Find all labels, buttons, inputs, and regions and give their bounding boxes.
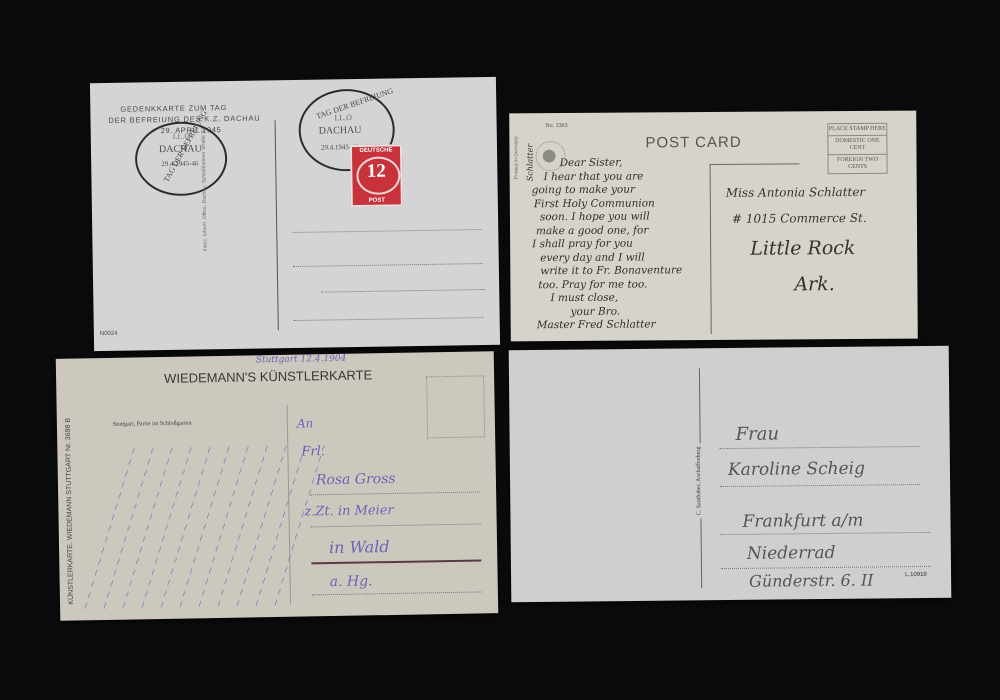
address-line-rule [311, 523, 481, 527]
stamp-box-line: FOREIGN TWO CENTS [829, 155, 887, 173]
message-line: Dear Sister, [560, 157, 623, 169]
postcard-american-post-card: No. 3363 Printed in Germany POST CARD PL… [509, 111, 918, 342]
message-line: your Bro. [571, 305, 621, 317]
address-line [293, 263, 483, 267]
message-line: going to make your [532, 184, 635, 197]
stamp-placeholder [426, 375, 485, 438]
address-line: # 1015 Commerce St. [732, 211, 867, 226]
address-line-rule [312, 591, 482, 595]
address-line: z.Zt. in Meier [304, 503, 393, 520]
handwritten-message: Dear Sister,I hear that you aregoing to … [509, 111, 916, 114]
message-line: First Holy Communion [534, 197, 655, 210]
address-line: Miss Antonia Schlatter [726, 185, 865, 200]
postmark-line: DACHAU [319, 125, 362, 137]
message-line: every day and I will [540, 251, 645, 264]
postmark-arc: TAG DER BEFREIUNG [315, 86, 394, 121]
card-title: WIEDEMANN'S KÜNSTLERKARTE [164, 367, 372, 386]
postmark-line: I.L.O [334, 113, 351, 122]
postage-stamp: DEUTSCHE 12 POST [350, 144, 403, 207]
margin-note: Schlatter [525, 144, 534, 181]
address-line: a. Hg. [330, 573, 373, 590]
stamp-box-line: DOMESTIC ONE CENT [828, 136, 886, 155]
stamp-box-line: PLACE STAMP HERE [828, 124, 886, 136]
address-line: in Wald [329, 537, 390, 557]
divider-line [710, 164, 712, 334]
post-card-title: POST CARD [645, 134, 741, 152]
postcard-dachau-commemorative: GEDENKKARTE ZUM TAG DER BEFREIUNG DES K.… [90, 77, 500, 351]
catalog-number: No. 3363 [545, 123, 567, 129]
postmark-left: TAG DER BEFREIUNG I.L.O DACHAU 29.4.1945… [135, 121, 228, 196]
postmark-date: 29.4.1945-46 [161, 160, 198, 169]
address-line-rule [720, 446, 920, 449]
message-line: soon. I hope you will [540, 210, 650, 223]
address-line: Frl. [301, 444, 325, 459]
postmark-line: I.L.O [173, 132, 190, 141]
message-line: I hear that you are [544, 170, 644, 183]
address-line-rule [721, 566, 931, 569]
address-line: Frankfurt a/m [742, 511, 863, 532]
message-line: make a good one, for [536, 224, 648, 237]
address-line: Karoline Scheig [728, 459, 865, 480]
address-line [292, 229, 482, 233]
address-line: An [297, 416, 314, 430]
stamp-value: 12 [352, 160, 400, 183]
message-line: I must close, [550, 292, 618, 304]
address-line: Günderstr. 6. II [749, 571, 874, 591]
message-line: Master Fred Schlatter [537, 318, 656, 331]
divider-top [710, 163, 800, 165]
address-line: Ark. [794, 273, 835, 295]
postmark-line: DACHAU [159, 143, 202, 155]
postcard-wiedemanns-kunstlerkarte: WIEDEMANN'S KÜNSTLERKARTE Stuttgart, Par… [56, 351, 499, 621]
address-line-rule [720, 484, 920, 487]
address-line: Niederrad [747, 543, 836, 564]
side-imprint: Printed in Germany [513, 136, 519, 179]
top-scrawl: Stuttgart 12.4.1904 [256, 354, 347, 366]
card-code: L.10919 [905, 572, 927, 578]
message-line: write it to Fr. Bonaventure [540, 264, 682, 277]
vertical-imprint: KÜNSTLERKARTE. WIEDEMANN STUTTGART Nr. 3… [65, 418, 75, 605]
divider-line [275, 120, 279, 330]
stamp-post: POST [353, 197, 401, 204]
message-line: I shall pray for you [532, 238, 633, 251]
card-code: N0024 [100, 331, 118, 337]
address-line-rule [310, 491, 480, 495]
address-line [321, 289, 485, 293]
address-line-rule [721, 532, 931, 535]
stamp-country: DEUTSCHE [352, 147, 400, 154]
message-line: too. Pray for me too. [538, 278, 647, 291]
address-line-rule [311, 559, 481, 564]
address-line: Frau [735, 423, 779, 444]
card-caption: Stuttgart, Partie im Schloßgarten [113, 420, 192, 427]
address-line: Rosa Gross [316, 471, 396, 488]
heading-line-1: GEDENKKARTE ZUM TAG [120, 103, 227, 114]
address-line [294, 317, 484, 321]
postcard-frau-karoline: C. Sambaber, Aschaffenburg Frau Karoline… [509, 346, 952, 603]
vertical-imprint: C. Sambaber, Aschaffenburg [696, 443, 703, 518]
stamp-box: PLACE STAMP HERE DOMESTIC ONE CENT FOREI… [827, 123, 887, 174]
address-line: Little Rock [750, 237, 855, 260]
